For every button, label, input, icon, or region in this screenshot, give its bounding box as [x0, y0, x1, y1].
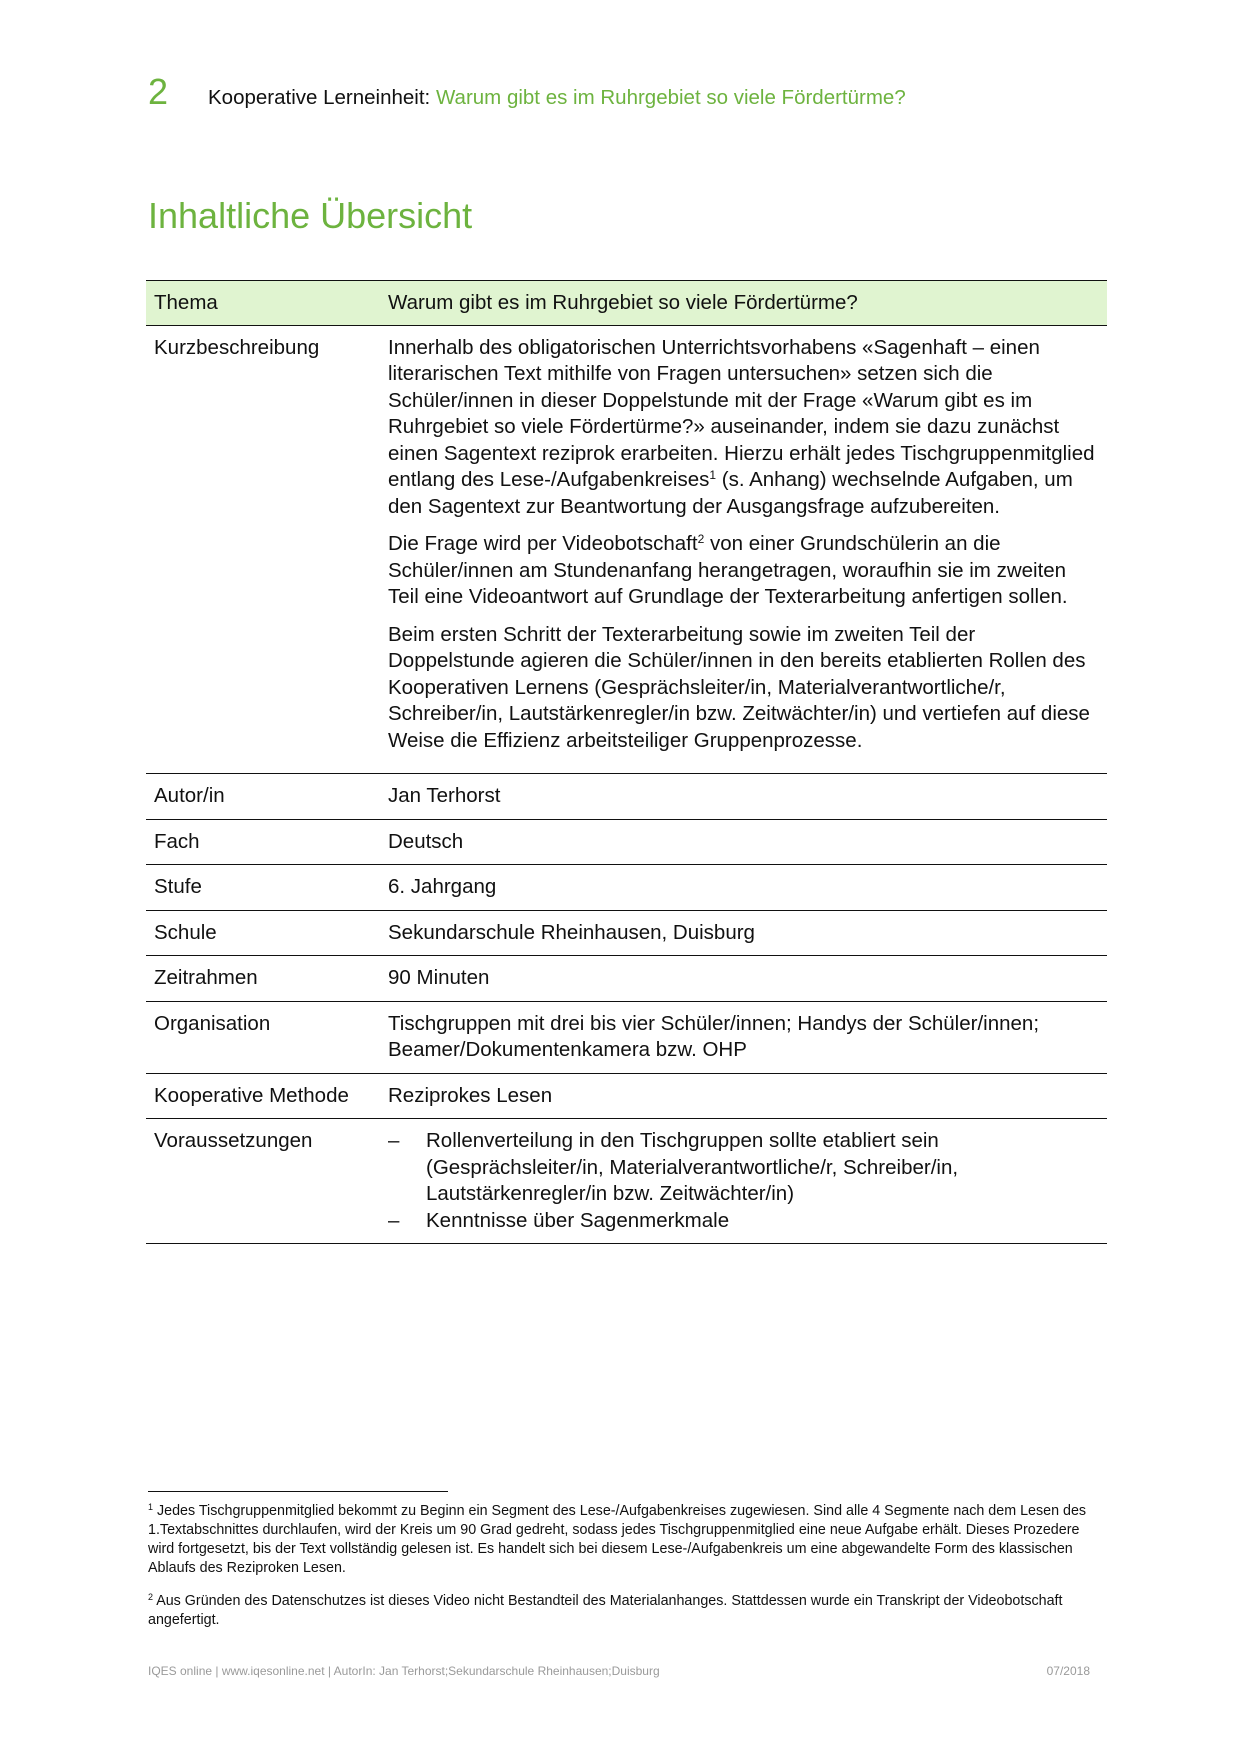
footnote-divider [148, 1491, 448, 1492]
row-key: Thema [146, 281, 380, 326]
table-row-kurzbeschreibung: Kurzbeschreibung Innerhalb des obligator… [146, 325, 1107, 774]
table-row-schule: Schule Sekundarschule Rheinhausen, Duisb… [146, 910, 1107, 956]
running-header-label: Kooperative Lerneinheit: [208, 86, 430, 109]
row-key: Organisation [146, 1001, 380, 1073]
row-key: Kurzbeschreibung [146, 325, 380, 774]
table-row-autor: Autor/in Jan Terhorst [146, 774, 1107, 820]
row-value: 90 Minuten [380, 956, 1107, 1002]
footnotes: 1 Jedes Tischgruppenmitglied bekommt zu … [148, 1502, 1098, 1644]
row-value: Rollenverteilung in den Tischgruppen sol… [380, 1119, 1107, 1244]
description-paragraph-1: Innerhalb des obligatorischen Unterricht… [388, 335, 1101, 521]
overview-table: Thema Warum gibt es im Ruhrgebiet so vie… [146, 280, 1107, 1244]
table-row-methode: Kooperative Methode Reziprokes Lesen [146, 1073, 1107, 1119]
row-value: Jan Terhorst [380, 774, 1107, 820]
row-value: Sekundarschule Rheinhausen, Duisburg [380, 910, 1107, 956]
list-item: Rollenverteilung in den Tischgruppen sol… [388, 1128, 1101, 1208]
list-item: Kenntnisse über Sagenmerkmale [388, 1208, 1101, 1235]
prerequisites-list: Rollenverteilung in den Tischgruppen sol… [388, 1128, 1101, 1234]
row-value: Reziprokes Lesen [380, 1073, 1107, 1119]
page-footer: IQES online | www.iqesonline.net | Autor… [148, 1664, 1090, 1678]
table-row-stufe: Stufe 6. Jahrgang [146, 865, 1107, 911]
row-value: Tischgruppen mit drei bis vier Schüler/i… [380, 1001, 1107, 1073]
row-key: Stufe [146, 865, 380, 911]
page-number: 2 [148, 74, 168, 110]
row-value: 6. Jahrgang [380, 865, 1107, 911]
footnote-1: 1 Jedes Tischgruppenmitglied bekommt zu … [148, 1502, 1098, 1578]
row-key: Kooperative Methode [146, 1073, 380, 1119]
page-title: Inhaltliche Übersicht [148, 196, 472, 236]
running-header-topic: Warum gibt es im Ruhrgebiet so viele För… [436, 86, 906, 109]
row-key: Zeitrahmen [146, 956, 380, 1002]
row-key: Schule [146, 910, 380, 956]
text: Die Frage wird per Videobotschaft [388, 532, 698, 555]
row-key: Voraussetzungen [146, 1119, 380, 1244]
row-value: Warum gibt es im Ruhrgebiet so viele För… [380, 281, 1107, 326]
table-row-zeitrahmen: Zeitrahmen 90 Minuten [146, 956, 1107, 1002]
description-paragraph-3: Beim ersten Schritt der Texterarbeitung … [388, 622, 1101, 755]
table-row-organisation: Organisation Tischgruppen mit drei bis v… [146, 1001, 1107, 1073]
footer-date: 07/2018 [1047, 1664, 1090, 1678]
row-value: Innerhalb des obligatorischen Unterricht… [380, 325, 1107, 774]
table-row-voraussetzungen: Voraussetzungen Rollenverteilung in den … [146, 1119, 1107, 1244]
footnote-text: Jedes Tischgruppenmitglied bekommt zu Be… [148, 1503, 1086, 1576]
row-value: Deutsch [380, 819, 1107, 865]
table-row-thema: Thema Warum gibt es im Ruhrgebiet so vie… [146, 281, 1107, 326]
table-row-fach: Fach Deutsch [146, 819, 1107, 865]
footer-source: IQES online | www.iqesonline.net | Autor… [148, 1664, 660, 1678]
row-key: Autor/in [146, 774, 380, 820]
footnote-text: Aus Gründen des Datenschutzes ist dieses… [148, 1593, 1062, 1628]
description-paragraph-2: Die Frage wird per Videobotschaft2 von e… [388, 531, 1101, 611]
running-header: Kooperative Lerneinheit: Warum gibt es i… [208, 88, 906, 109]
footnote-2: 2 Aus Gründen des Datenschutzes ist dies… [148, 1592, 1098, 1630]
row-key: Fach [146, 819, 380, 865]
